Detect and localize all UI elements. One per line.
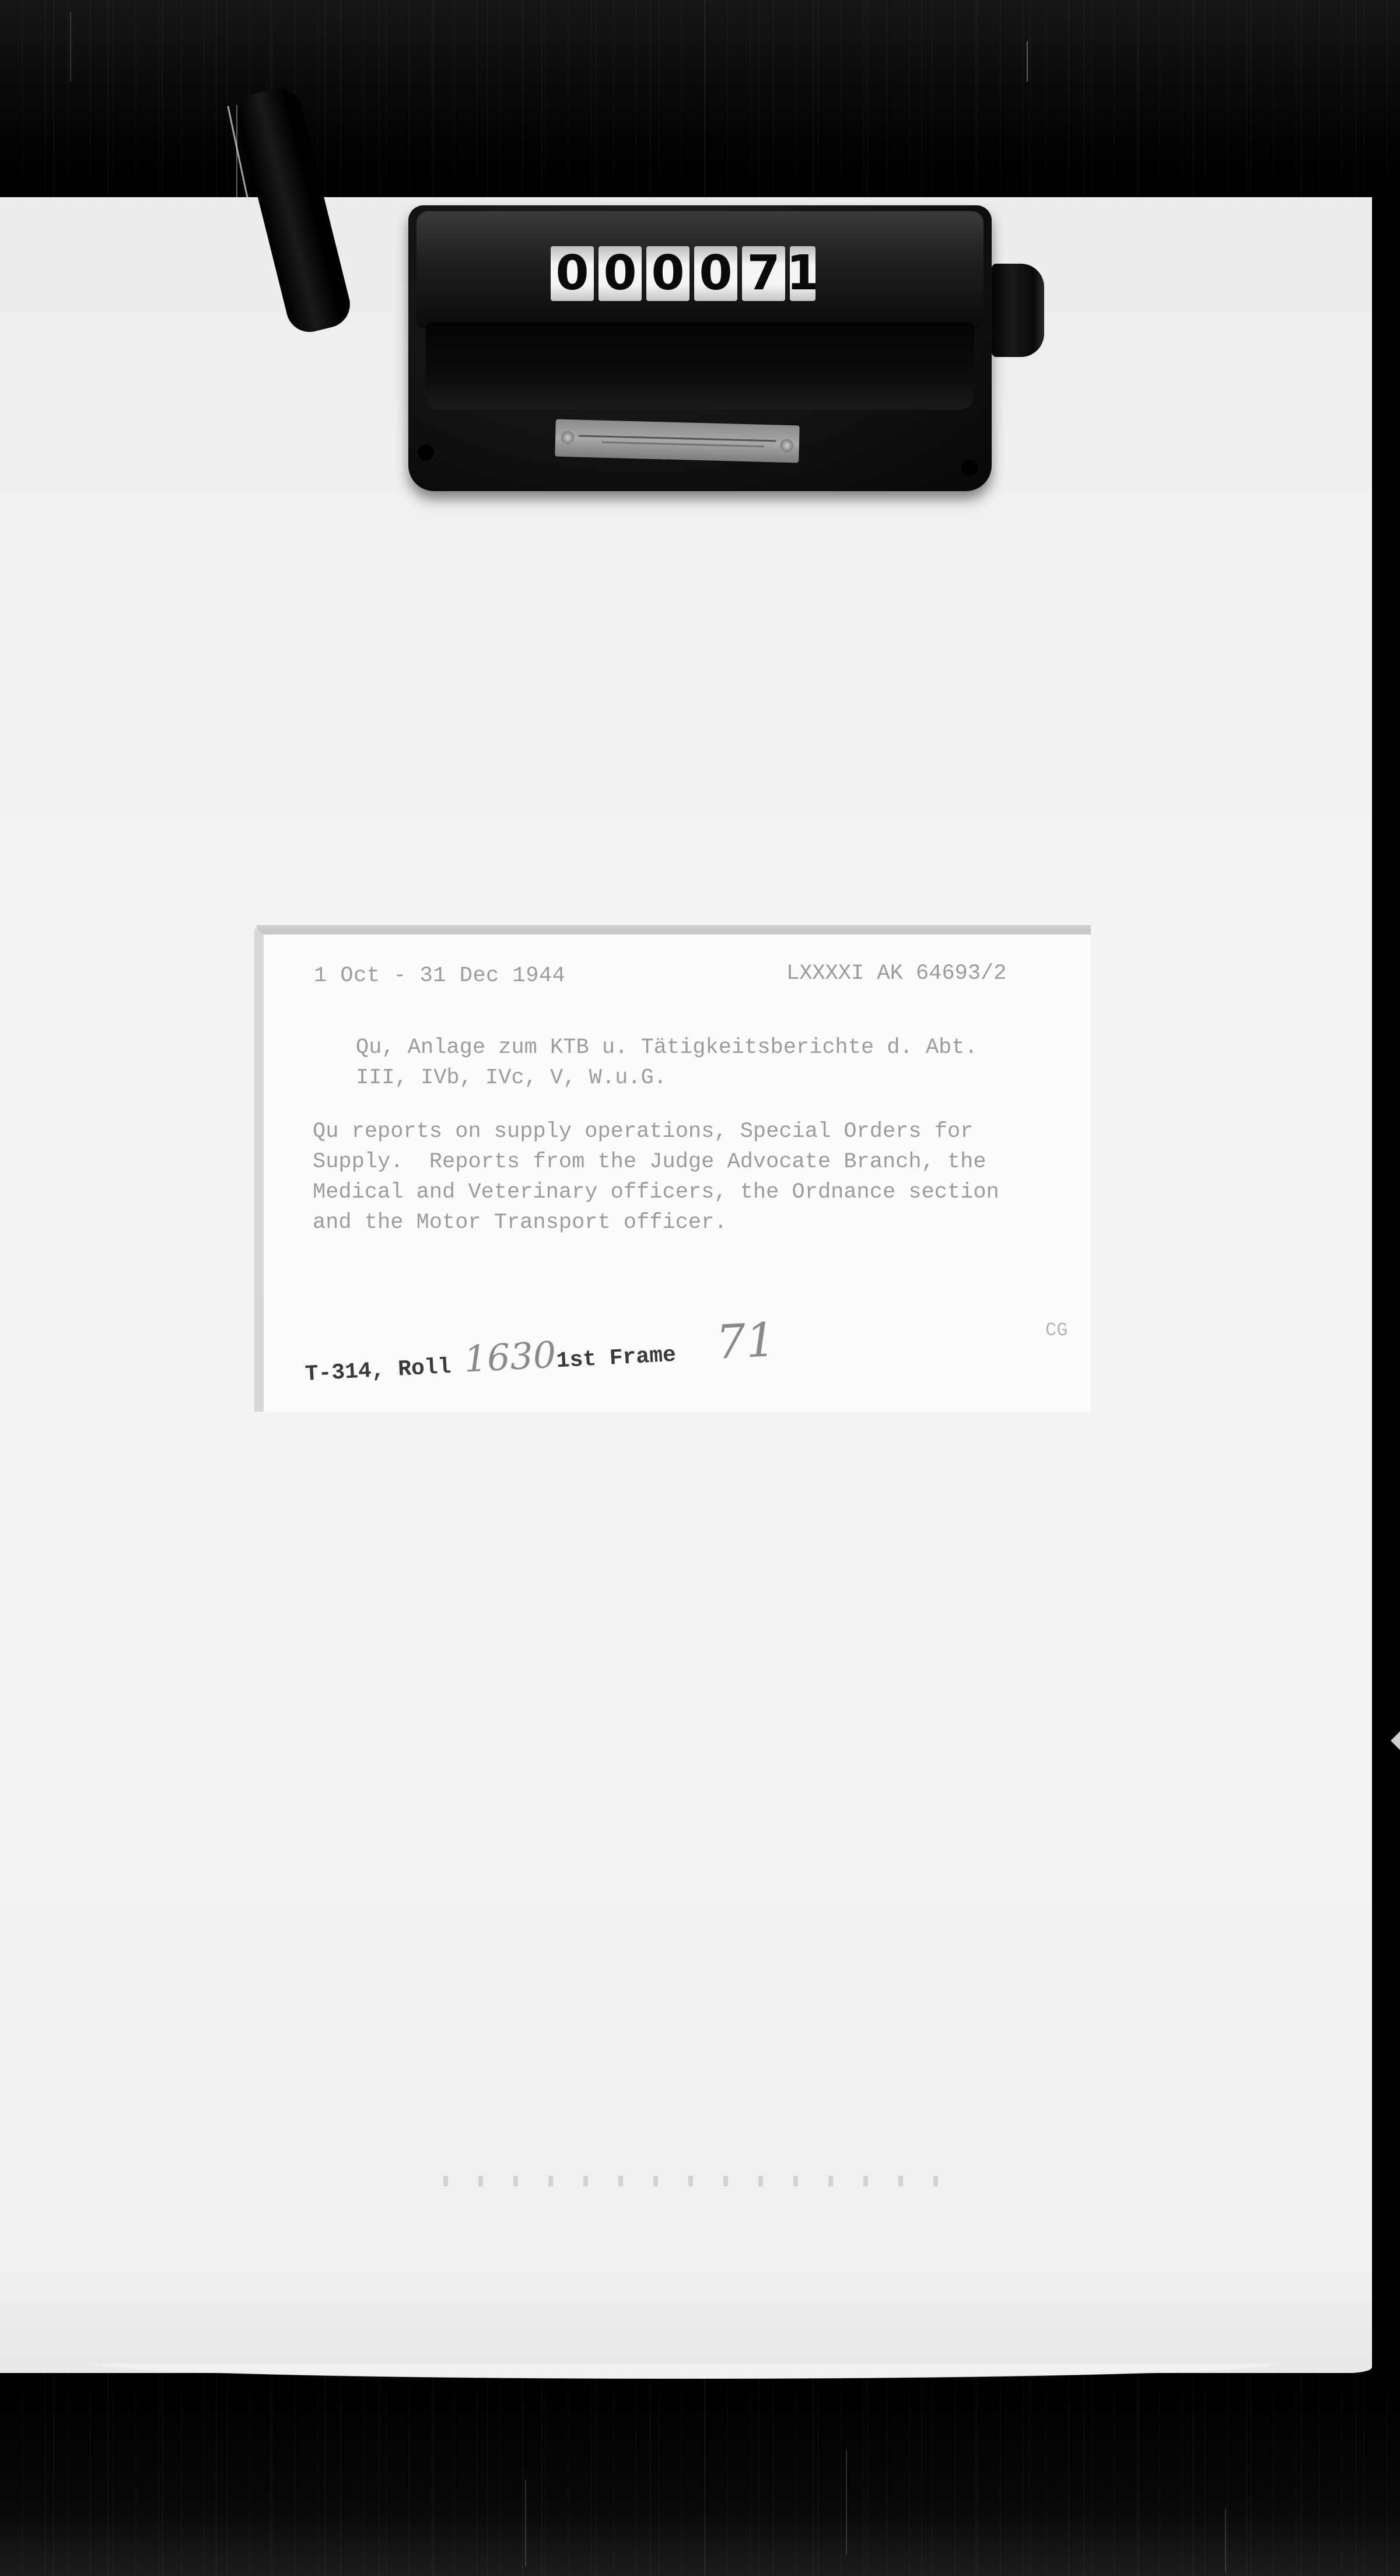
counter-nameplate — [555, 419, 800, 463]
counter-digit: 7 — [742, 246, 785, 301]
description-line: Medical and Veterinary officers, the Ord… — [313, 1177, 1071, 1207]
counter-digit: 0 — [598, 246, 642, 301]
counter-digit: 0 — [646, 246, 689, 301]
description-line: Qu reports on supply operations, Special… — [313, 1116, 1071, 1147]
date-range: 1 Oct - 31 Dec 1944 — [314, 964, 565, 988]
film-scratch — [525, 2479, 526, 2567]
plate-engraving — [579, 435, 776, 442]
film-scratch — [846, 2450, 847, 2555]
description-line: Supply. Reports from the Judge Advocate … — [313, 1147, 1071, 1177]
plate-engraving — [602, 442, 764, 447]
series-roll-label: T-314, Roll — [304, 1354, 452, 1387]
record-reference: LXXXXI AK 64693/2 — [786, 961, 1006, 986]
screw-icon — [780, 439, 794, 453]
film-scratch — [1225, 2508, 1226, 2572]
title-line: Qu, Anlage zum KTB u. Tätigkeitsberichte… — [356, 1032, 1056, 1063]
counter-reset-knob — [992, 264, 1044, 357]
index-card: 1 Oct - 31 Dec 1944 LXXXXI AK 64693/2 Qu… — [257, 929, 1091, 1412]
edge-marker-icon — [1391, 1731, 1400, 1750]
description-line: and the Motor Transport officer. — [313, 1207, 1071, 1238]
first-frame-number-handwritten: 71 — [715, 1312, 777, 1370]
title-line: III, IVb, IVc, V, W.u.G. — [356, 1063, 1056, 1093]
film-scratch — [70, 12, 71, 82]
counter-digit: 0 — [551, 246, 594, 301]
frame-counter: 0 0 0 0 7 1 — [408, 205, 992, 491]
roll-number-handwritten: 1630 — [463, 1333, 557, 1380]
counter-digit: 1 — [790, 246, 815, 301]
card-footer: T-314, Roll 16301st Frame71 — [303, 1312, 777, 1391]
screw-icon — [561, 431, 575, 444]
card-description: Qu reports on supply operations, Special… — [313, 1116, 1071, 1238]
card-initials: CG — [1045, 1319, 1067, 1341]
counter-digit-window: 0 0 0 0 7 1 — [551, 246, 815, 304]
counter-digit: 0 — [694, 246, 737, 301]
card-title: Qu, Anlage zum KTB u. Tätigkeitsberichte… — [356, 1032, 1056, 1093]
mount-hole-icon — [418, 444, 434, 461]
counter-housing-top: 0 0 0 0 7 1 — [416, 211, 984, 328]
counter-recess — [426, 322, 974, 409]
film-scratch — [1027, 41, 1028, 82]
paper-smudge — [443, 2176, 945, 2186]
mount-hole-icon — [961, 460, 978, 476]
first-frame-label: 1st Frame — [556, 1343, 677, 1374]
sheet-right-edge — [1372, 197, 1400, 2373]
